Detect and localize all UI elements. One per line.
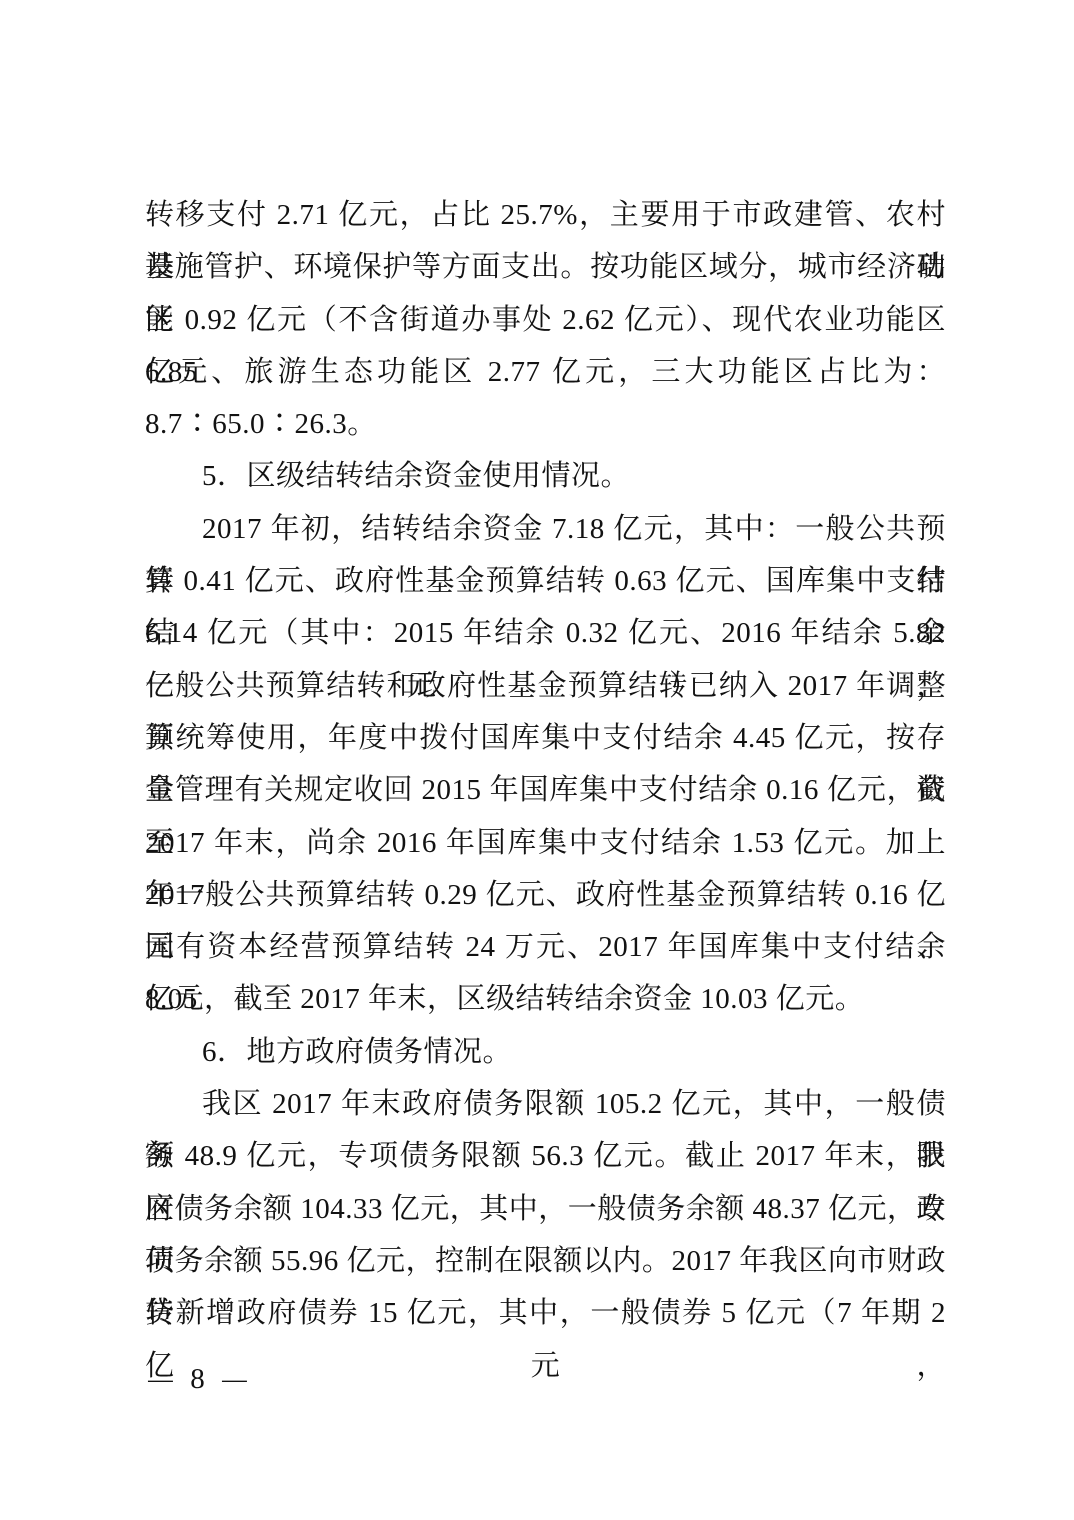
text-line: 2017 年末，尚余 2016 年国库集中支付结余 1.53 亿元。加上 201… (145, 817, 946, 869)
text-line: 债务余额 55.96 亿元，控制在限额以内。2017 年我区向市财政转 (145, 1235, 946, 1287)
text-line: 年一般公共预算结转 0.29 亿元、政府性基金预算结转 0.16 亿元、 (145, 869, 946, 921)
text-line: 额 48.9 亿元，专项债务限额 56.3 亿元。截止 2017 年末，我区政 (145, 1130, 946, 1182)
text-line: 8.7∶65.0∶26.3。 (145, 398, 946, 450)
text-line: 转移支付 2.71 亿元，占比 25.7%，主要用于市政建管、农村基础 (145, 189, 946, 241)
text-line: 贷新增政府债券 15 亿元，其中，一般债券 5 亿元（7 年期 2 亿元， (145, 1287, 946, 1339)
text-line: 6.14 亿元（其中：2015 年结余 0.32 亿元、2016 年结余 5.8… (145, 607, 946, 659)
page-footer: — 8 — (146, 1362, 249, 1396)
text-line: 亿元、旅游生态功能区 2.77 亿元，三大功能区占比为： (145, 346, 946, 398)
text-line: 国有资本经营预算结转 24 万元、2017 年国库集中支付结余 8.05 (145, 921, 946, 973)
footer-right-dash: — (222, 1362, 247, 1396)
text-line: 2017 年初，结转结余资金 7.18 亿元，其中：一般公共预算结 (145, 503, 946, 555)
text-line: 转 0.41 亿元、政府性基金预算结转 0.63 亿元、国库集中支付结余 (145, 555, 946, 607)
text-block: 转移支付 2.71 亿元，占比 25.7%，主要用于市政建管、农村基础 设施管护… (145, 189, 946, 1340)
document-page: 转移支付 2.71 亿元，占比 25.7%，主要用于市政建管、农村基础 设施管护… (0, 0, 1074, 1520)
text-line: 设施管护、环境保护等方面支出。按功能区域分，城市经济功能 (145, 241, 946, 293)
section-heading-5: 5．区级结转结余资金使用情况。 (145, 450, 946, 502)
section-heading-6: 6．地方政府债务情况。 (145, 1026, 946, 1078)
footer-left-dash: — (148, 1362, 173, 1396)
text-line: 一般公共预算结转和政府性基金预算结转已纳入 2017 年调整预 (145, 660, 946, 712)
text-line: 府债务余额 104.33 亿元，其中，一般债务余额 48.37 亿元，专项 (145, 1183, 946, 1235)
page-number: 8 (190, 1363, 205, 1395)
text-line: 我区 2017 年末政府债务限额 105.2 亿元，其中，一般债务限 (145, 1078, 946, 1130)
text-line: 亿元，截至 2017 年末，区级结转结余资金 10.03 亿元。 (145, 973, 946, 1025)
text-line: 金管理有关规定收回 2015 年国库集中支付结余 0.16 亿元，截至 (145, 764, 946, 816)
text-line: 区 0.92 亿元（不含街道办事处 2.62 亿元）、现代农业功能区 6.85 (145, 294, 946, 346)
text-line: 算统筹使用，年度中拨付国库集中支付结余 4.45 亿元，按存量资 (145, 712, 946, 764)
